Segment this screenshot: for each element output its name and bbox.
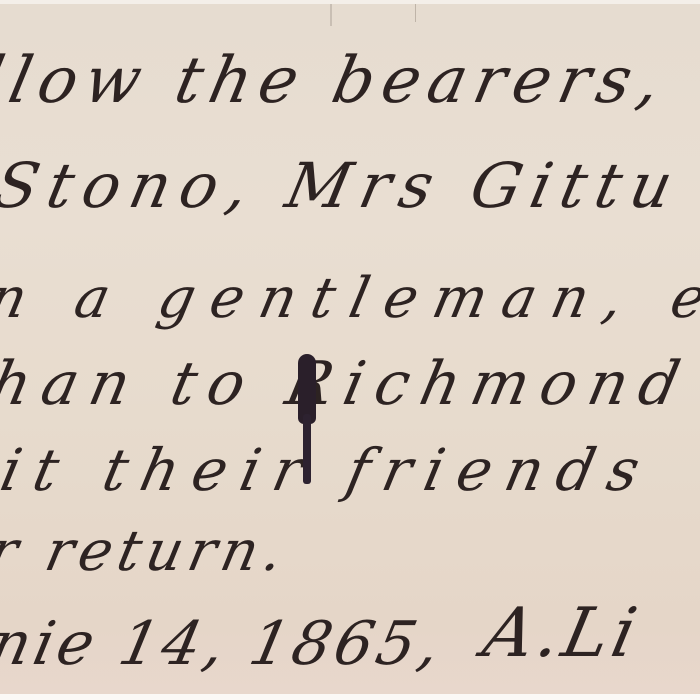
handwritten-line-1: llow the bearers, bbox=[0, 44, 675, 118]
fold-mark bbox=[415, 4, 416, 22]
handwritten-line-2: Stono, Mrs Gittu bbox=[0, 149, 689, 222]
date-line: nie 14, 1865, bbox=[0, 609, 450, 679]
handwritten-line-6: r return. bbox=[0, 519, 295, 584]
signature: A.Li bbox=[477, 594, 647, 673]
handwritten-line-5: it their friends bbox=[0, 436, 660, 504]
fold-mark bbox=[330, 4, 332, 26]
handwritten-line-3: n a gentleman, e bbox=[0, 266, 700, 331]
document-paper: llow the bearers, Stono, Mrs Gittu n a g… bbox=[0, 4, 700, 694]
ink-blot-stem bbox=[303, 414, 311, 484]
handwritten-line-4: han to Richmond bbox=[0, 349, 698, 419]
bottom-border bbox=[0, 694, 700, 700]
ink-blot bbox=[298, 354, 316, 484]
